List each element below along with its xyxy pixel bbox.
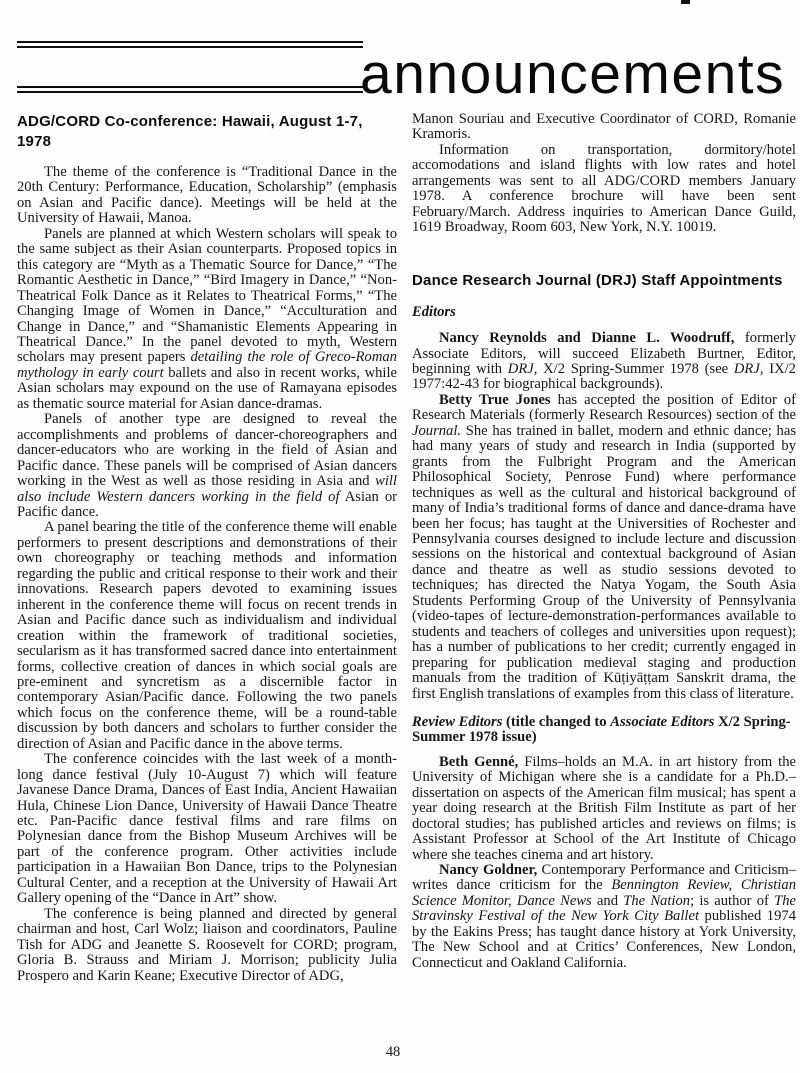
editors-subheading: Editors [412, 305, 796, 320]
scan-artifact-mark [681, 0, 690, 4]
text-run: Panels of another type are designed to r… [17, 411, 397, 489]
text-run: The theme of the conference is “Traditio… [17, 164, 397, 226]
double-rule-bottom [17, 86, 363, 93]
text-run: A panel bearing the title of the confere… [17, 519, 397, 751]
page-number: 48 [0, 1044, 786, 1061]
text-run: The conference is being planned and dire… [17, 906, 397, 984]
text-run: Nancy Reynolds and Dianne L. Woodruff, [439, 330, 734, 346]
double-rule-top [17, 41, 363, 48]
paragraph: A panel bearing the title of the confere… [17, 520, 397, 752]
text-run: She has trained in ballet, modern and et… [412, 423, 796, 702]
text-run: ; is author of [690, 893, 774, 909]
text-run: and [592, 893, 623, 909]
text-run: Review Editors [412, 714, 502, 730]
text-run: DRJ, [508, 361, 538, 377]
text-run: Nancy Goldner, [439, 862, 537, 878]
text-run: Journal. [412, 423, 461, 439]
text-run: Associate Editors [610, 714, 714, 730]
text-run: Information on transportation, dormitory… [412, 142, 796, 235]
paragraph: The theme of the conference is “Traditio… [17, 165, 397, 227]
text-run: (title changed to [502, 714, 610, 730]
text-run: Editors [412, 304, 456, 320]
text-run: Manon Souriau and Executive Coordinator … [412, 111, 796, 142]
paragraph: Manon Souriau and Executive Coordinator … [412, 112, 796, 143]
paragraph: Beth Genné, Films–holds an M.A. in art h… [412, 755, 796, 863]
paragraph: Panels of another type are designed to r… [17, 412, 397, 520]
text-run: Panels are planned at which Western scho… [17, 226, 397, 366]
paragraph: The conference is being planned and dire… [17, 907, 397, 984]
journal-page: announcements ADG/CORD Co-conference: Ha… [0, 0, 800, 1073]
text-run: DRJ, [734, 361, 764, 377]
text-run: Films–holds an M.A. in art history from … [412, 754, 796, 863]
text-run: Betty True Jones [439, 392, 551, 408]
paragraph: Panels are planned at which Western scho… [17, 227, 397, 412]
article-heading: ADG/CORD Co-conference: Hawaii, August 1… [17, 112, 397, 152]
paragraph: Information on transportation, dormitory… [412, 143, 796, 236]
review-editors-subheading: Review Editors (title changed to Associa… [412, 715, 796, 746]
text-run: The conference coincides with the last w… [17, 751, 397, 906]
paragraph: Betty True Jones has accepted the positi… [412, 393, 796, 702]
section-heading: Dance Research Journal (DRJ) Staff Appoi… [412, 272, 796, 290]
right-column: Manon Souriau and Executive Coordinator … [412, 112, 796, 971]
paragraph: Nancy Goldner, Contemporary Performance … [412, 863, 796, 971]
paragraph: Nancy Reynolds and Dianne L. Woodruff, f… [412, 331, 796, 393]
text-run: X/2 Spring-Summer 1978 (see [537, 361, 734, 377]
text-run: Beth Genné, [439, 754, 518, 770]
text-run: The Nation [623, 893, 690, 909]
masthead-title: announcements [360, 45, 785, 103]
left-column: ADG/CORD Co-conference: Hawaii, August 1… [17, 112, 397, 984]
paragraph: The conference coincides with the last w… [17, 752, 397, 907]
